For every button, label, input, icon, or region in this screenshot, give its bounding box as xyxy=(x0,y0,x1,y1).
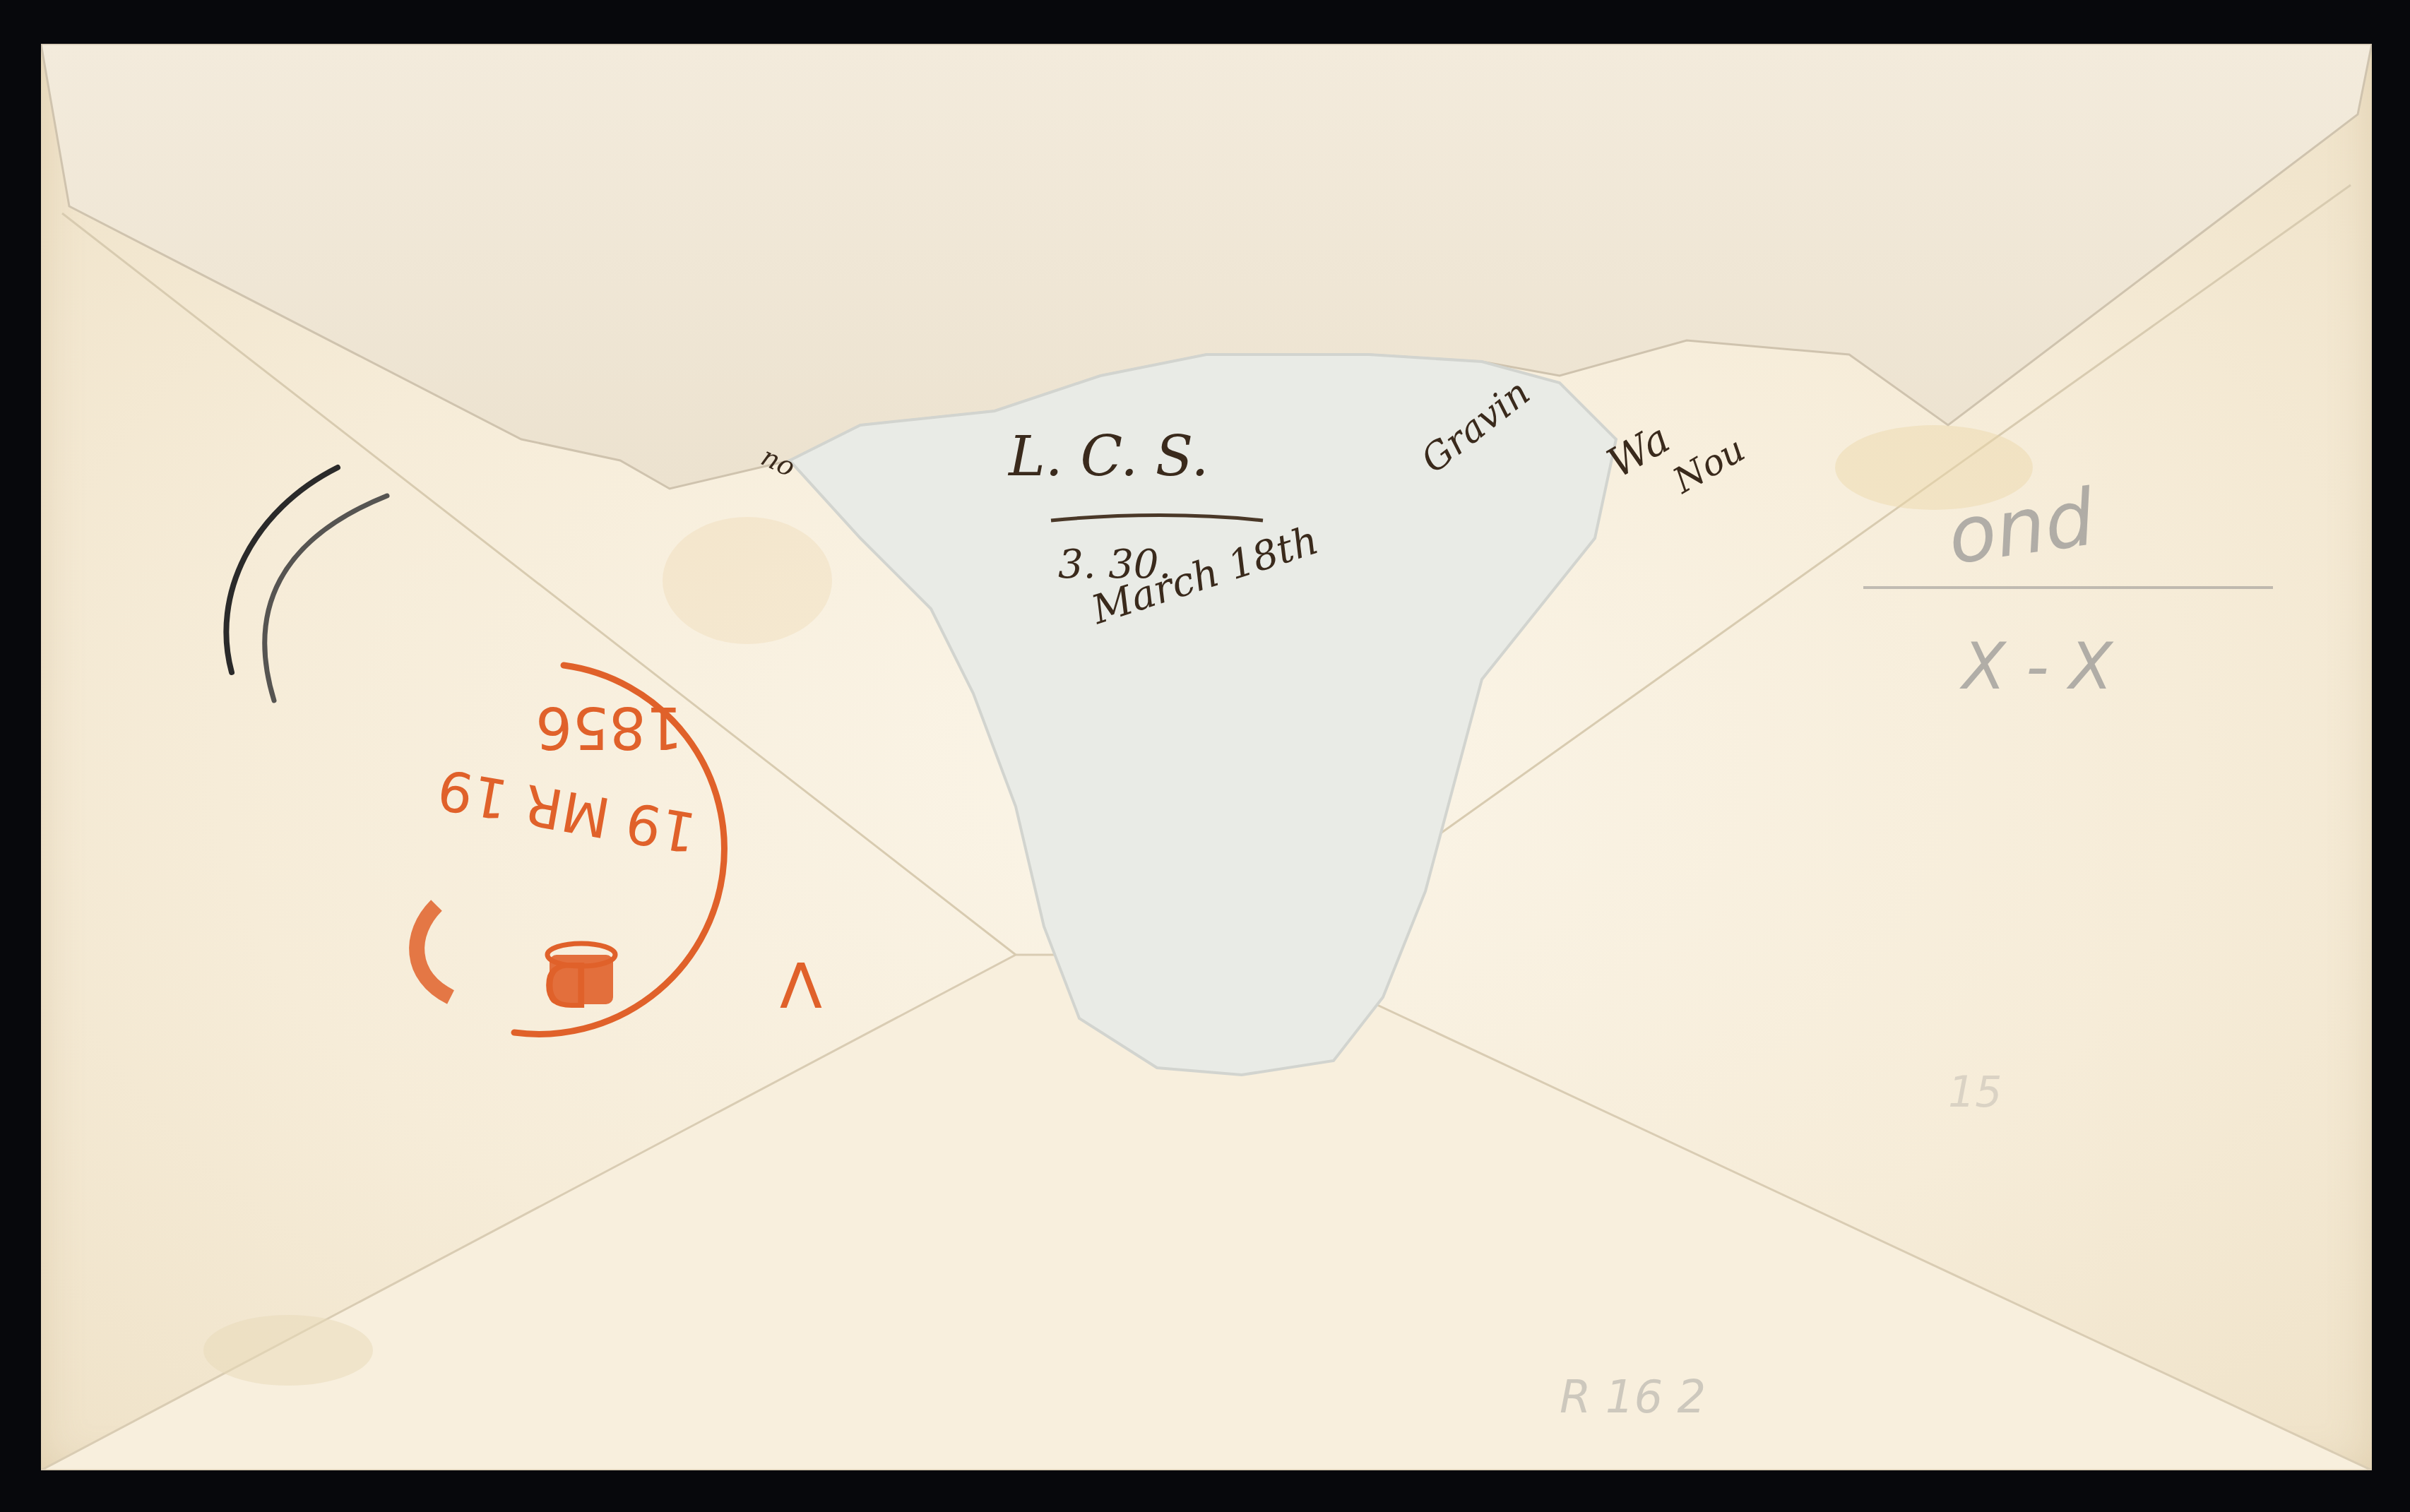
postmark-year: 1856 xyxy=(535,694,683,761)
pencil-marks: X - X xyxy=(1962,630,2113,704)
initials-text: L. C. S. xyxy=(1009,425,1209,489)
black-postmark-arc-outer xyxy=(226,468,338,672)
pencil-faint-number: 15 xyxy=(1948,1068,2002,1117)
envelope-back: L. C. S. 3. 30. March 18th Gravin Wa Nou… xyxy=(41,44,2372,1470)
black-postmark-arc-inner xyxy=(265,496,387,701)
envelope-folds xyxy=(41,44,2372,1470)
postmark-letters: V D xyxy=(458,948,822,1020)
pencil-bottom-note: R 16 2 xyxy=(1560,1371,1706,1424)
